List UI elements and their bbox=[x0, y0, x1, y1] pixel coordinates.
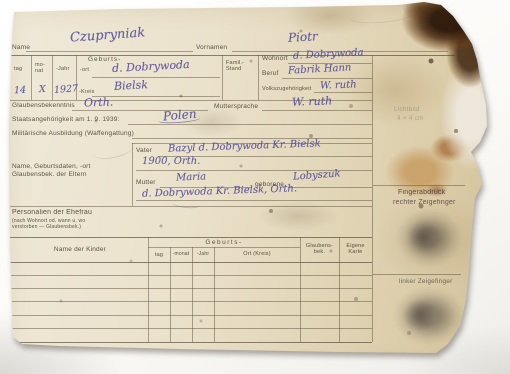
jahr-handwriting: 1927 bbox=[54, 83, 79, 96]
rule-line bbox=[373, 185, 465, 186]
rule-line bbox=[31, 55, 32, 100]
kinder-col-tag: tag bbox=[148, 252, 170, 258]
paper-specks bbox=[0, 0, 2, 2]
rule-line bbox=[262, 110, 372, 111]
eltern-label-line2: Glaubensbek. der Eltern bbox=[12, 171, 87, 178]
eltern-label-line1: Name, Geburtsdaten, -ort bbox=[12, 163, 91, 170]
muttersprache-label: Muttersprache bbox=[214, 103, 258, 110]
jahr-label: -Jahr bbox=[56, 66, 70, 72]
kinder-col-glaubensbek: Glaubens-bek. bbox=[301, 243, 338, 255]
kinder-col-geburts: Geburts- bbox=[148, 239, 300, 246]
kreis-handwriting: Bielsk bbox=[114, 78, 149, 93]
photo-box-label-line2: 4 × 4 cm bbox=[397, 115, 424, 122]
scan-background: Name Czupryniak Vornamen Piotr Geburts- … bbox=[0, 0, 510, 374]
rule-line bbox=[10, 237, 372, 238]
ehefrau-label: Personalien der Ehefrau bbox=[12, 209, 92, 217]
registration-card: Name Czupryniak Vornamen Piotr Geburts- … bbox=[0, 0, 510, 374]
table-row bbox=[10, 288, 372, 289]
volkszugehoerigkeit-label: Volkszugehörigkeit bbox=[262, 86, 311, 92]
kinder-col-name: Name der Kinder bbox=[30, 246, 130, 253]
rule-line bbox=[282, 78, 372, 79]
kinder-col-ort: Ort (Kreis) bbox=[214, 251, 300, 257]
vornamen-label: Vornamen bbox=[196, 44, 227, 51]
vater-label: Vater bbox=[136, 147, 152, 154]
familienstand-label: Famil.-Stand bbox=[226, 60, 256, 72]
monat-handwriting: X bbox=[39, 84, 46, 95]
rule-line bbox=[373, 274, 461, 275]
table-row bbox=[10, 315, 372, 316]
fingerprint-right-label-line1: Fingerabdruck bbox=[398, 189, 445, 197]
rule-line bbox=[288, 187, 372, 188]
form-code: A-Lzv 802 bbox=[28, 346, 63, 353]
fingerprint-left-label: linker Zeigefinger bbox=[399, 278, 452, 285]
tag-handwriting: 14 bbox=[14, 85, 26, 96]
rule-line bbox=[372, 55, 373, 342]
glaubensbekenntnis-handwriting: Orth. bbox=[84, 95, 114, 109]
kinder-col-jahr: -Jahr bbox=[192, 252, 214, 258]
mutter-label: Mutter bbox=[136, 179, 156, 186]
kinder-col-monat: -monat bbox=[170, 252, 192, 258]
card-shadow-wrap: Name Czupryniak Vornamen Piotr Geburts- … bbox=[0, 0, 510, 374]
rule-line bbox=[132, 143, 133, 206]
staatsangehoerigkeit-label: Staatsangehörigkeit am 1. 9. 1939: bbox=[12, 116, 120, 123]
kinder-col-eigene-karte: Eigene Karte bbox=[340, 243, 371, 255]
rule-line bbox=[52, 55, 53, 100]
vater-handwriting-line2: 1900, Orth. bbox=[142, 156, 200, 167]
kreis-label: -Kreis bbox=[79, 89, 95, 95]
tag-label: tag bbox=[14, 66, 22, 72]
table-row bbox=[10, 275, 372, 276]
rule-line bbox=[26, 51, 193, 52]
fingerprint-left-core bbox=[399, 295, 441, 335]
ort-label: -ort bbox=[80, 67, 89, 73]
rule-line bbox=[222, 55, 223, 100]
rule-line bbox=[128, 124, 372, 125]
monat-label: mo-nat bbox=[35, 62, 48, 74]
rule-line bbox=[10, 342, 372, 343]
fingerprint-right-label-line2: rechter Zeigefinger bbox=[393, 199, 456, 207]
vornamen-handwriting: Piotr bbox=[288, 29, 318, 45]
rule-line bbox=[92, 77, 220, 78]
fingerprint-right-core bbox=[404, 218, 444, 256]
beruf-label: Beruf bbox=[262, 70, 279, 77]
muttersprache-handwriting: W. ruth bbox=[292, 94, 333, 108]
mutter-handwriting: Maria bbox=[176, 171, 207, 183]
wohnort-label: Wohnort bbox=[262, 55, 288, 62]
ehefrau-sublabel-line2: verstorben — Glaubensbek.) bbox=[12, 225, 81, 231]
volkszugehoerigkeit-handwriting: W. ruth bbox=[320, 79, 357, 91]
photo-box-label-line1: Lichtbild bbox=[394, 106, 420, 113]
rule-line bbox=[10, 262, 372, 263]
glaubensbekenntnis-label: Glaubensbekenntnis bbox=[12, 102, 75, 109]
table-row bbox=[10, 328, 372, 329]
table-row bbox=[10, 301, 372, 302]
militaer-label: Militärische Ausbildung (Waffengattung) bbox=[12, 130, 134, 137]
rule-line bbox=[258, 55, 259, 100]
rule-line bbox=[314, 92, 372, 93]
rule-line bbox=[132, 138, 372, 139]
